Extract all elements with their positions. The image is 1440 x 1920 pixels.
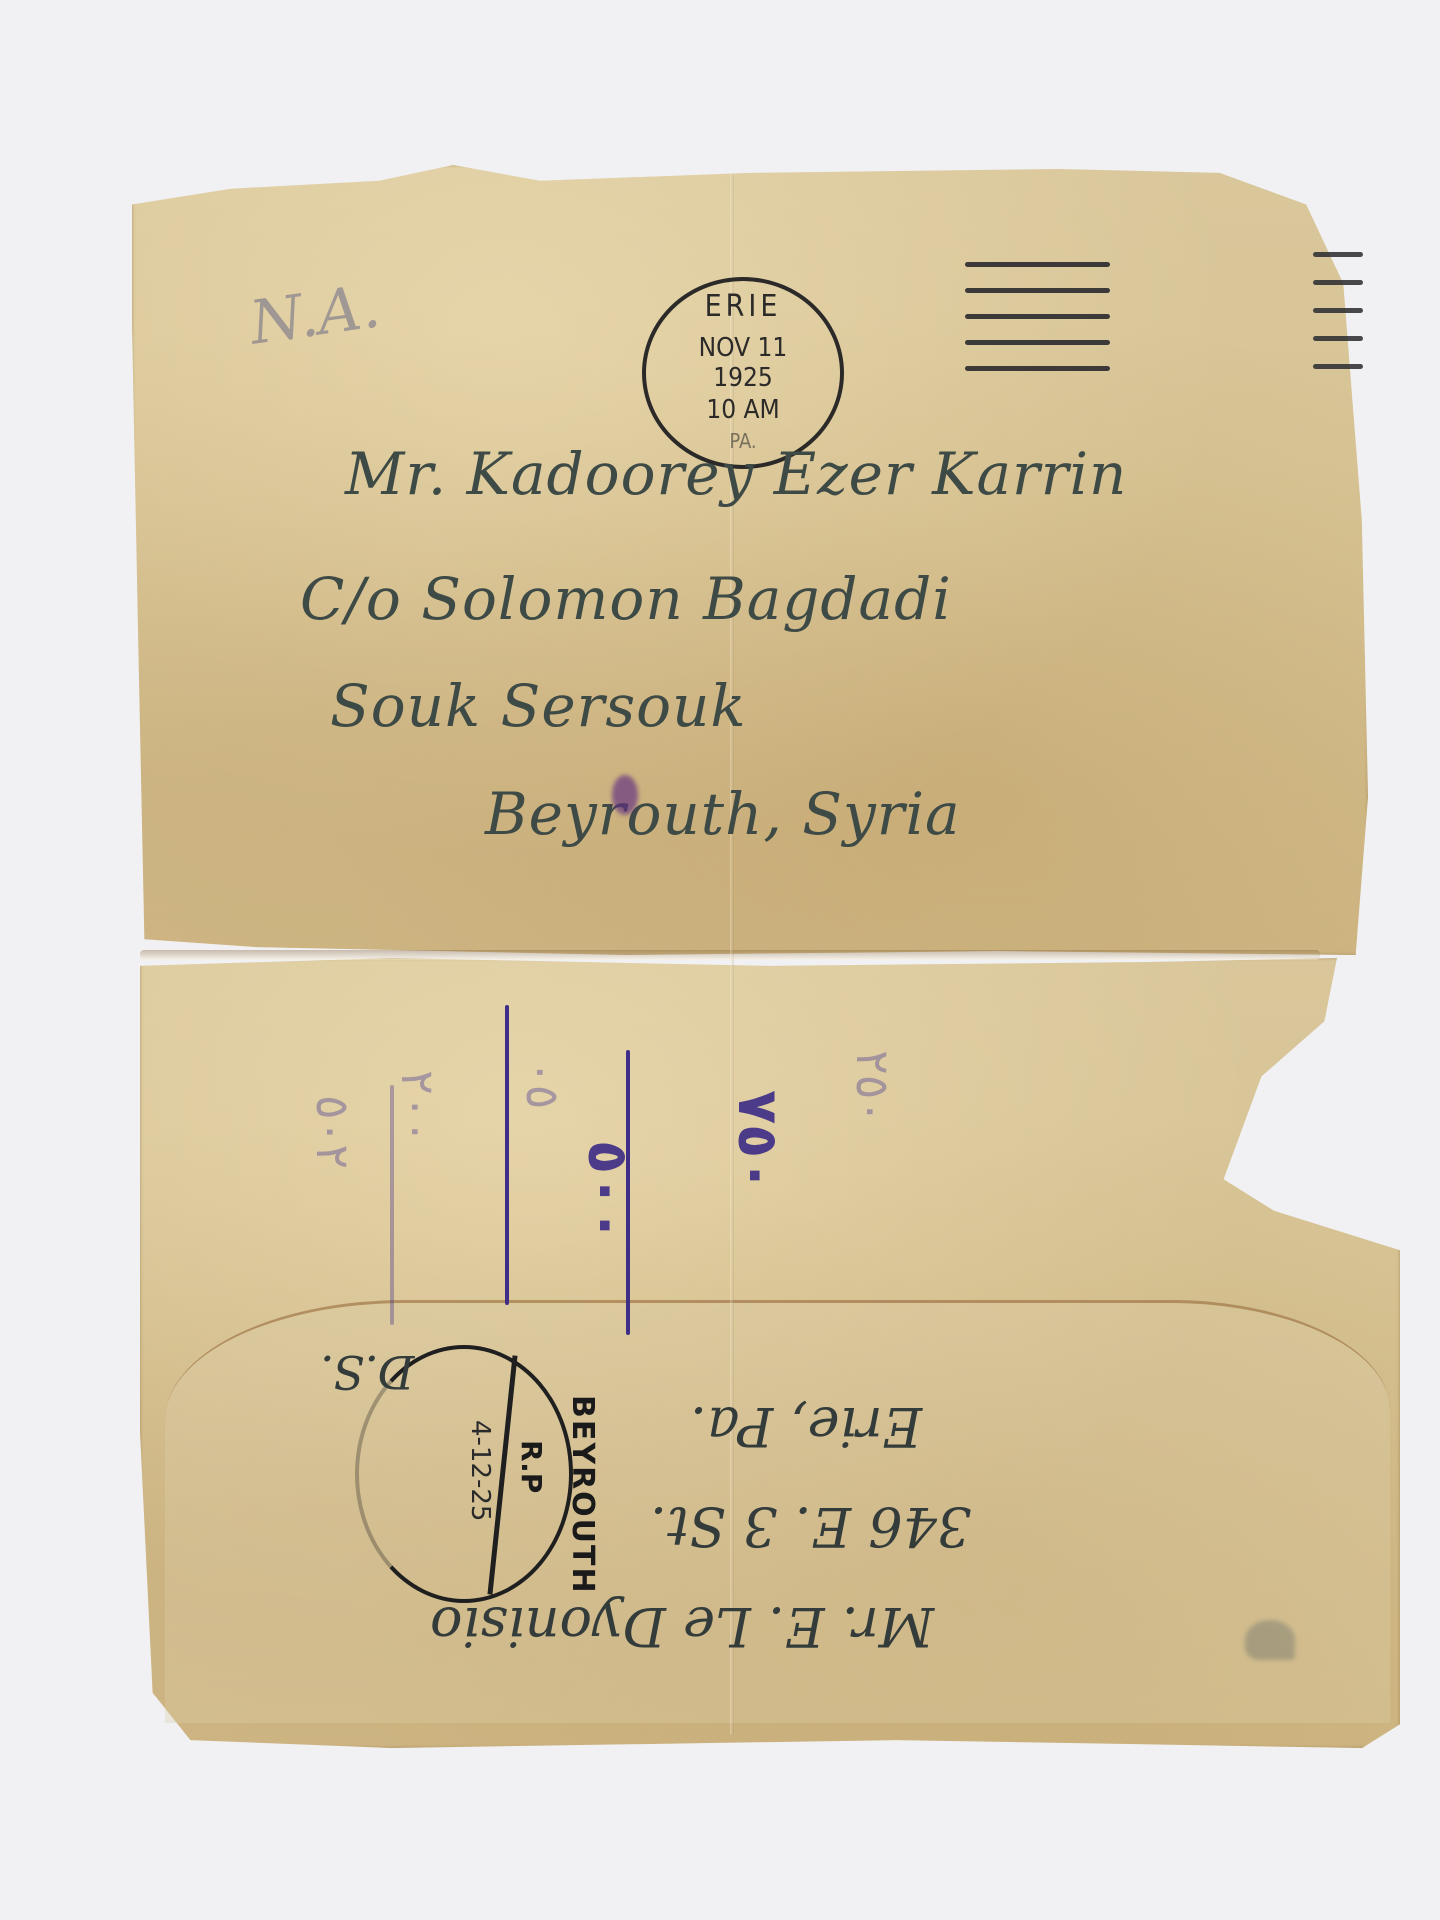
- arabic-notation: ٥٠٢: [306, 1095, 360, 1169]
- pencil-rule-line: [626, 1050, 630, 1335]
- cancellation-lines: [965, 262, 1110, 392]
- cancellation-lines-edge: [1313, 252, 1363, 392]
- postmark-city: ERIE: [646, 289, 840, 324]
- beyrouth-postmark-office: R.P: [515, 1440, 548, 1493]
- ink-smudge: [612, 775, 638, 815]
- postmark-time: 10 AM: [646, 395, 840, 425]
- address-line-name: Mr. Kadoorey Ezer Karrin: [345, 440, 1127, 508]
- arabic-notation: ٥٠٠: [575, 1140, 640, 1243]
- stain: [1245, 1620, 1295, 1660]
- address-line-care-of: C/o Solomon Bagdadi: [300, 565, 952, 633]
- arabic-notation: ٢٥٠: [846, 1050, 900, 1124]
- postmark-year: 1925: [646, 363, 840, 393]
- return-address-city: Erie, Pa.: [690, 1395, 922, 1458]
- beyrouth-postmark-date: 4-12-25: [465, 1420, 495, 1521]
- photo-stage: N.A. ERIE NOV 11 1925 10 AM PA. Mr. Kado…: [0, 0, 1440, 1920]
- address-line-street: Souk Sersouk: [330, 672, 747, 740]
- return-initials: D.S.: [320, 1345, 414, 1399]
- address-line-city: Beyrouth, Syria: [485, 780, 961, 848]
- pencil-rule-line: [505, 1005, 509, 1305]
- postmark-date: NOV 11: [646, 333, 840, 363]
- return-address-name: Mr. E. Le Dyonisio: [430, 1595, 934, 1658]
- return-address-street: 346 E. 3 St.: [650, 1495, 971, 1558]
- beyrouth-postmark-city: BEYROUTH: [565, 1395, 600, 1595]
- arabic-notation: ٧٥٠: [725, 1090, 790, 1193]
- arabic-notation: ٢٠٠: [391, 1070, 445, 1144]
- pencil-rule-line: [390, 1085, 394, 1325]
- arabic-notation: ٠٥: [516, 1060, 570, 1109]
